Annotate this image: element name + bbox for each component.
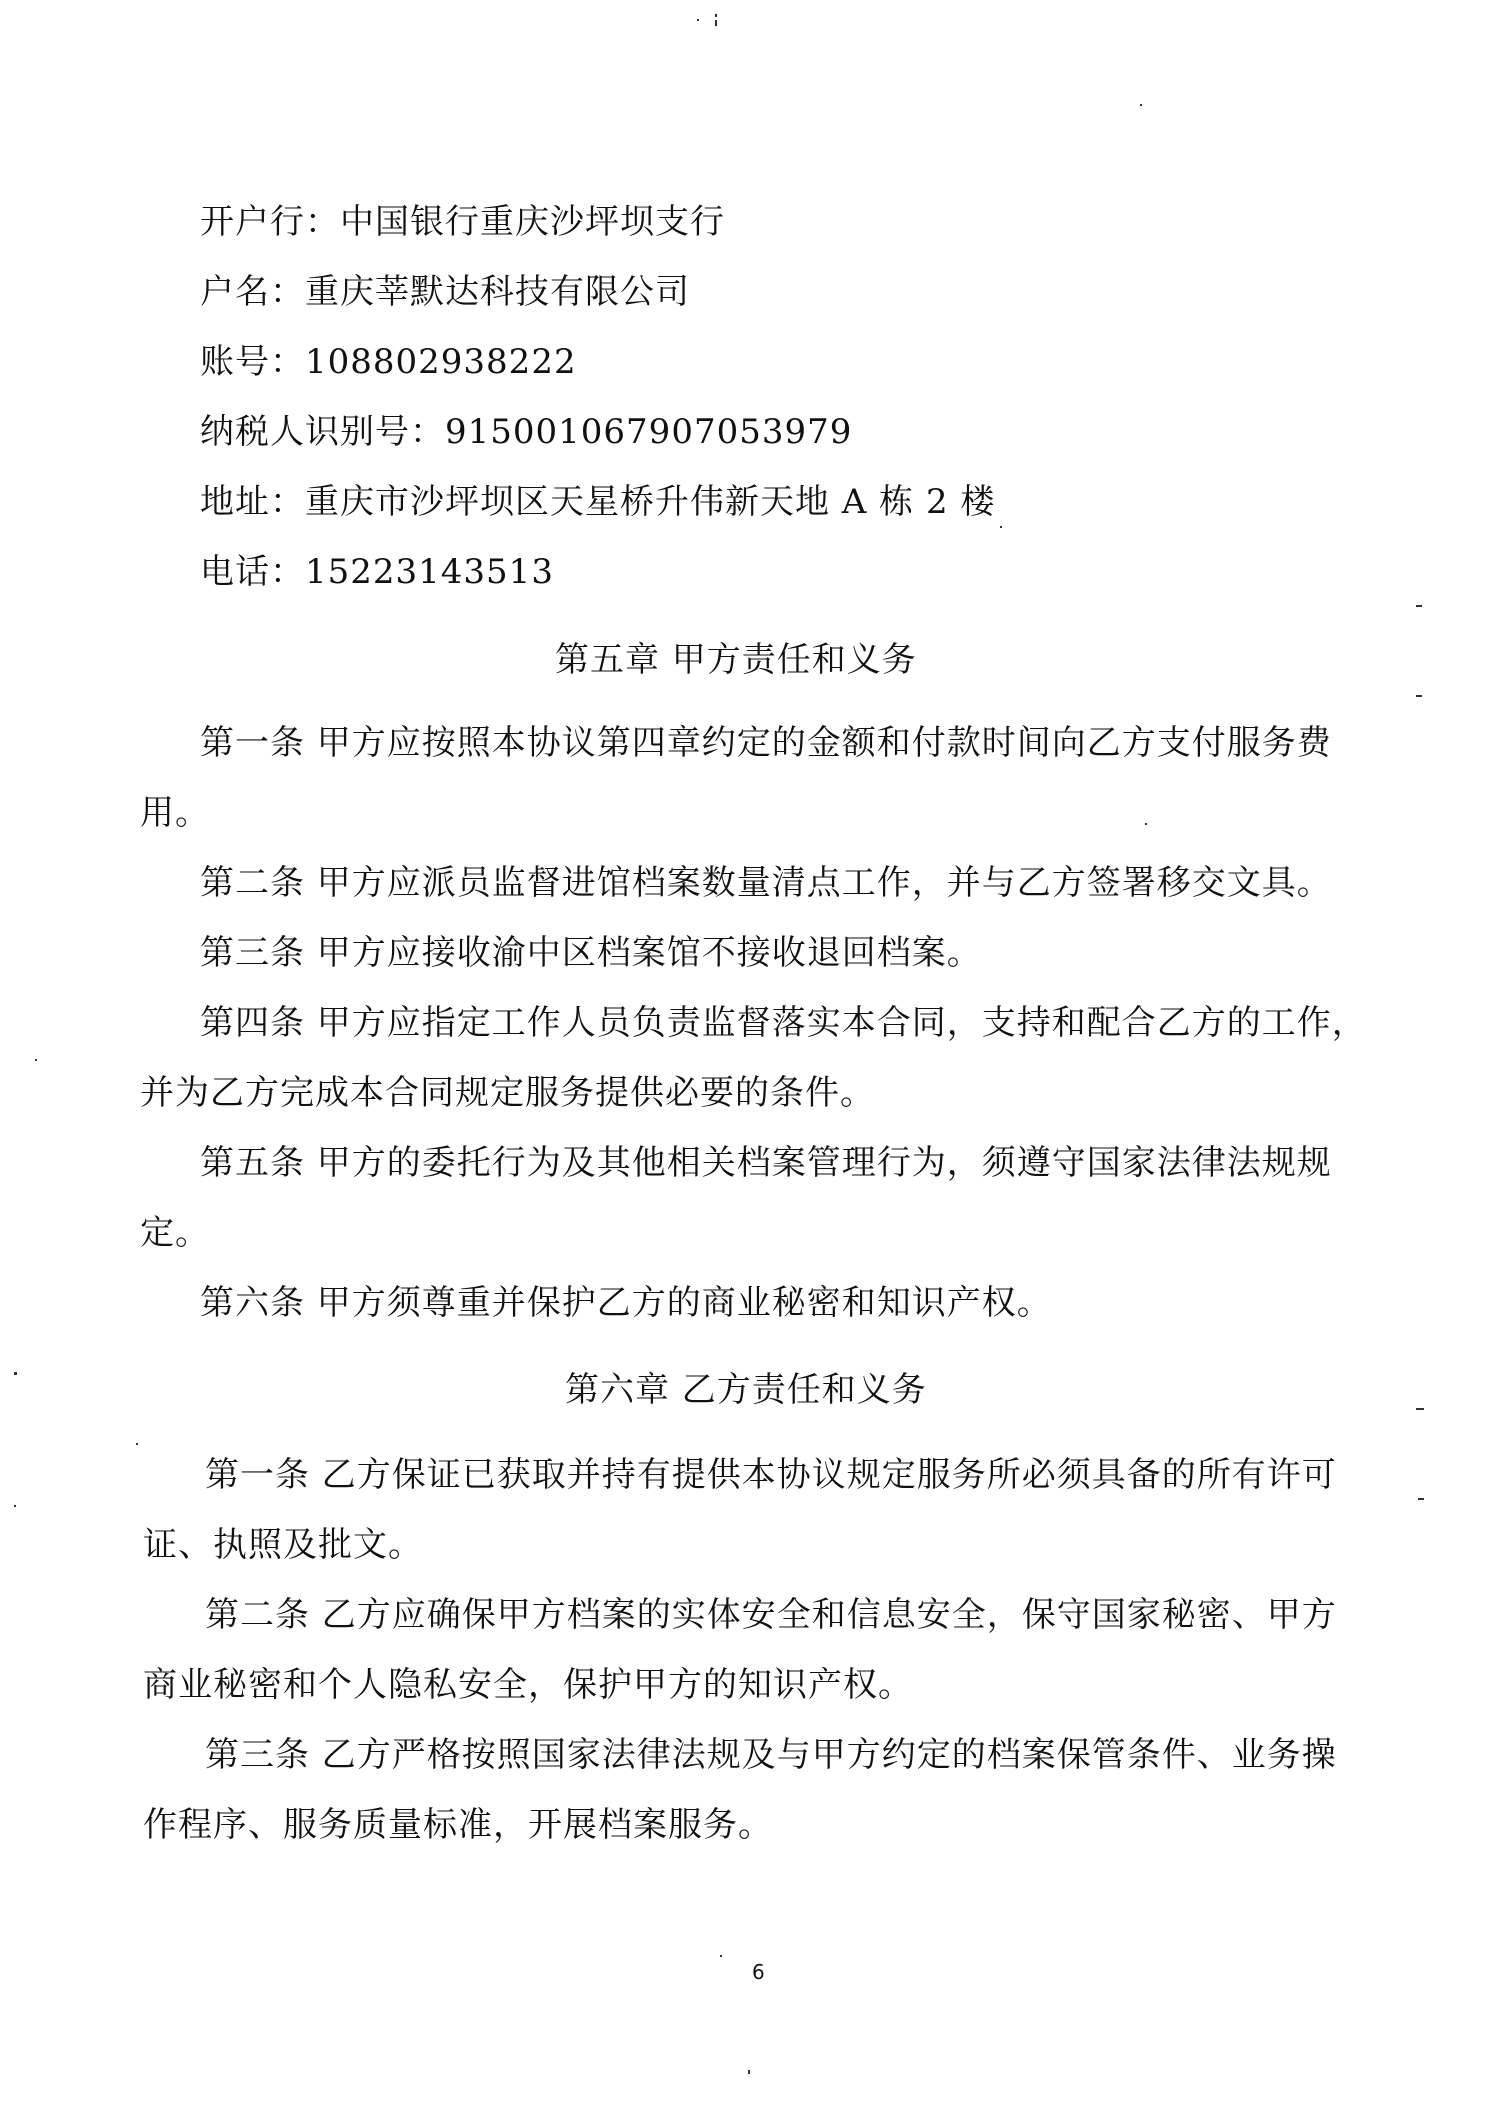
document-page: 开户行：中国银行重庆沙坪坝支行 户名：重庆莘默达科技有限公司 账号：108802… xyxy=(0,0,1488,2106)
account-number-line: 账号：108802938222 xyxy=(200,342,577,382)
tax-id-line: 纳税人识别号：915001067907053979 xyxy=(200,412,852,452)
ch6-article3-line2: 作程序、服务质量标准，开展档案服务。 xyxy=(143,1805,773,1845)
scan-artifact xyxy=(1416,1408,1424,1410)
scan-artifact xyxy=(1145,823,1147,825)
scan-artifact xyxy=(715,14,717,17)
ch5-article1-line1: 第一条 甲方应按照本协议第四章约定的金额和付款时间向乙方支付服务费 xyxy=(200,723,1332,763)
scan-artifact xyxy=(1418,1498,1424,1500)
ch5-article2: 第二条 甲方应派员监督进馆档案数量清点工作，并与乙方签署移交文具。 xyxy=(200,863,1332,903)
scan-artifact xyxy=(1140,104,1142,106)
ch5-article5-line1: 第五条 甲方的委托行为及其他相关档案管理行为，须遵守国家法律法规规 xyxy=(200,1143,1332,1183)
chapter6-title: 第六章 乙方责任和义务 xyxy=(565,1370,927,1410)
page-number: 6 xyxy=(752,1960,765,1984)
ch5-article3: 第三条 甲方应接收渝中区档案馆不接收退回档案。 xyxy=(200,933,982,973)
scan-artifact xyxy=(1416,605,1422,607)
scan-artifact xyxy=(697,19,699,21)
ch5-article4-line1: 第四条 甲方应指定工作人员负责监督落实本合同，支持和配合乙方的工作， xyxy=(200,1003,1367,1043)
scan-artifact xyxy=(14,1372,17,1375)
account-name-line: 户名：重庆莘默达科技有限公司 xyxy=(200,272,690,312)
scan-artifact xyxy=(35,1059,37,1061)
scan-artifact xyxy=(720,1955,722,1957)
ch5-article5-line2: 定。 xyxy=(140,1213,210,1253)
ch6-article1-line2: 证、执照及批文。 xyxy=(143,1525,423,1565)
ch6-article1-line1: 第一条 乙方保证已获取并持有提供本协议规定服务所必须具备的所有许可 xyxy=(205,1455,1337,1495)
ch6-article2-line2: 商业秘密和个人隐私安全，保护甲方的知识产权。 xyxy=(143,1665,913,1705)
chapter5-title: 第五章 甲方责任和义务 xyxy=(555,640,917,680)
scan-artifact xyxy=(715,20,717,26)
address-line: 地址：重庆市沙坪坝区天星桥升伟新天地 A 栋 2 楼 xyxy=(200,482,995,522)
ch6-article3-line1: 第三条 乙方严格按照国家法律法规及与甲方约定的档案保管条件、业务操 xyxy=(205,1735,1337,1775)
scan-artifact xyxy=(136,1443,138,1445)
bank-name-line: 开户行：中国银行重庆沙坪坝支行 xyxy=(200,202,725,242)
scan-artifact xyxy=(1416,695,1422,697)
ch5-article4-line2: 并为乙方完成本合同规定服务提供必要的条件。 xyxy=(140,1073,875,1113)
scan-artifact xyxy=(1000,526,1002,528)
scan-artifact xyxy=(14,1505,16,1507)
ch6-article2-line1: 第二条 乙方应确保甲方档案的实体安全和信息安全，保守国家秘密、甲方 xyxy=(205,1595,1337,1635)
scan-artifact xyxy=(748,2070,750,2074)
ch5-article6: 第六条 甲方须尊重并保护乙方的商业秘密和知识产权。 xyxy=(200,1283,1052,1323)
phone-line: 电话：15223143513 xyxy=(200,552,554,592)
ch5-article1-line2: 用。 xyxy=(140,793,210,833)
